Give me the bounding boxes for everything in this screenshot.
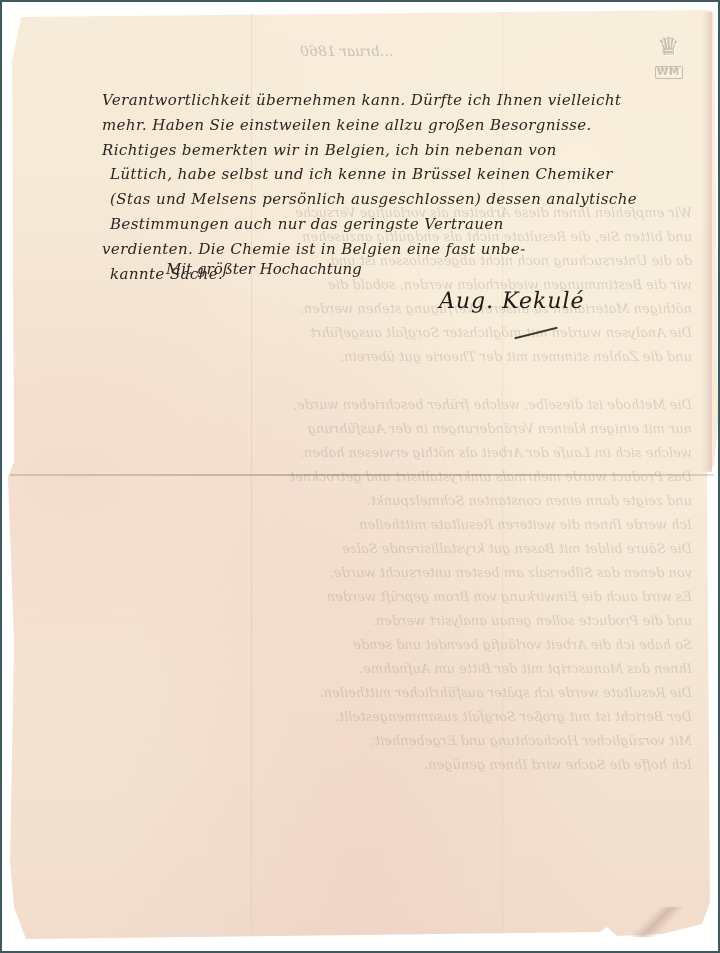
letter-line: (Stas und Melsens persönlich ausgeschlos… <box>102 187 712 212</box>
crown-icon: ♛ <box>647 34 691 60</box>
emboss-mark: WM <box>655 66 684 79</box>
scan-frame: ♛ WM …bruar 1860 Wir empfehlen Ihnen die… <box>0 0 720 953</box>
paper-tear <box>602 907 712 937</box>
letter-line: Bestimmungen auch nur das geringste Vert… <box>102 212 712 237</box>
letter-body: Verantwortlichkeit übernehmen kann. Dürf… <box>102 88 712 286</box>
letter-line: verdienten. Die Chemie ist in Belgien ei… <box>102 237 712 262</box>
embossed-stamp: ♛ WM <box>647 34 691 82</box>
letter-line: Verantwortlichkeit übernehmen kann. Dürf… <box>102 88 712 113</box>
bleed-through-date: …bruar 1860 <box>300 44 394 60</box>
letter-closing: Mit größter Hochachtung <box>166 260 362 278</box>
letter-line: mehr. Haben Sie einstweilen keine allzu … <box>102 113 712 138</box>
letter-line: Richtiges bemerkten wir in Belgien, ich … <box>102 138 712 163</box>
bleed-through-text: Wir empfehlen Ihnen diese Arbeiten als v… <box>42 202 692 778</box>
signature: Aug. Kekulé <box>439 289 585 314</box>
letter-line: Lüttich, habe selbst und ich kenne in Br… <box>102 162 712 187</box>
